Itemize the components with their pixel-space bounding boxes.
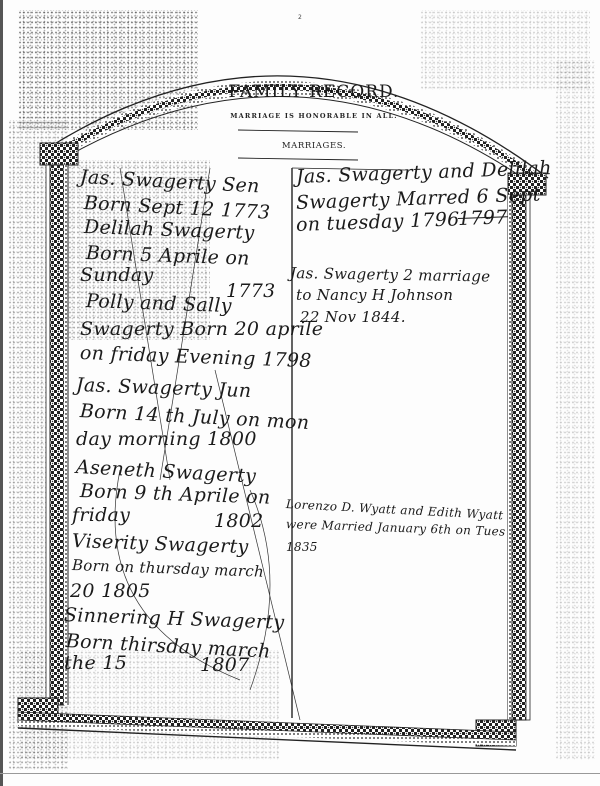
header-rule-bottom bbox=[238, 158, 358, 160]
struck-out-date: 1797 bbox=[458, 206, 508, 230]
entry-line: day morning 1800 bbox=[76, 428, 257, 450]
entry-line: 1807 bbox=[200, 654, 250, 676]
entry-line: Jas. Swagerty 2 marriage bbox=[290, 264, 491, 285]
entry-line: to Nancy H Johnson bbox=[296, 286, 453, 304]
entry-line: 1802 bbox=[214, 510, 264, 532]
page-mark: 2 bbox=[298, 14, 302, 21]
entry-line: 20 1805 bbox=[70, 580, 151, 602]
right-pillar bbox=[508, 195, 530, 720]
header-rule-top bbox=[238, 130, 358, 132]
entry-line: the 15 bbox=[64, 652, 127, 674]
page-title: FAMILY RECORD. bbox=[0, 82, 600, 102]
entry-line: Swagerty Born 20 aprile bbox=[80, 318, 323, 340]
entry-line: friday bbox=[72, 504, 130, 526]
page-subtitle: MARRIAGE IS HONORABLE IN ALL. bbox=[0, 112, 600, 120]
bottom-border bbox=[18, 712, 516, 750]
entry-line: 1835 bbox=[286, 540, 318, 554]
family-record-page: 2 FAMILY RECORD. MARRIAGE IS HONORABLE I… bbox=[0, 0, 600, 786]
entry-line: 22 Nov 1844. bbox=[300, 308, 406, 326]
entry-line: 1773 bbox=[226, 280, 276, 302]
entry-line: Sunday bbox=[80, 264, 154, 286]
section-heading-marriages: MARRIAGES. bbox=[0, 141, 600, 151]
